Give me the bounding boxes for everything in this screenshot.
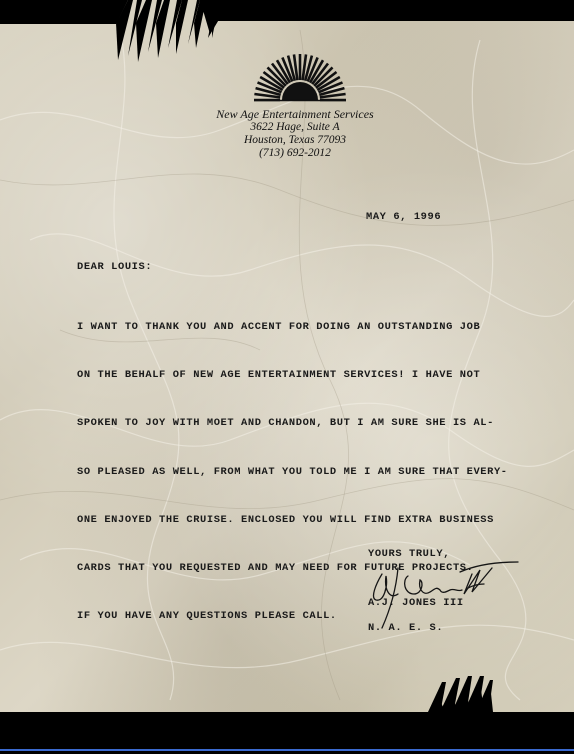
sunburst-icon [252,52,348,102]
letter-date: MAY 6, 1996 [366,211,441,223]
salutation: DEAR LOUIS: [77,261,152,273]
body-line: ONE ENJOYED THE CRUISE. ENCLOSED YOU WIL… [77,514,508,538]
scan-edge-line [0,749,574,751]
body-line: ON THE BEHALF OF NEW AGE ENTERTAINMENT S… [77,369,508,393]
phone-number: (713) 692-2012 [195,147,395,160]
handwritten-signature [368,550,528,630]
signer-organization: N. A. E. S. [368,622,443,634]
body-line: SO PLEASED AS WELL, FROM WHAT YOU TOLD M… [77,466,508,490]
address-line-1: 3622 Hage, Suite A [195,121,395,134]
letterhead: New Age Entertainment Services 3622 Hage… [195,108,395,160]
address-line-2: Houston, Texas 77093 [195,134,395,147]
signer-name: A.J. JONES III [368,597,464,609]
company-name: New Age Entertainment Services [195,108,395,121]
body-line: I WANT TO THANK YOU AND ACCENT FOR DOING… [77,321,508,345]
body-line: SPOKEN TO JOY WITH MOET AND CHANDON, BUT… [77,417,508,441]
